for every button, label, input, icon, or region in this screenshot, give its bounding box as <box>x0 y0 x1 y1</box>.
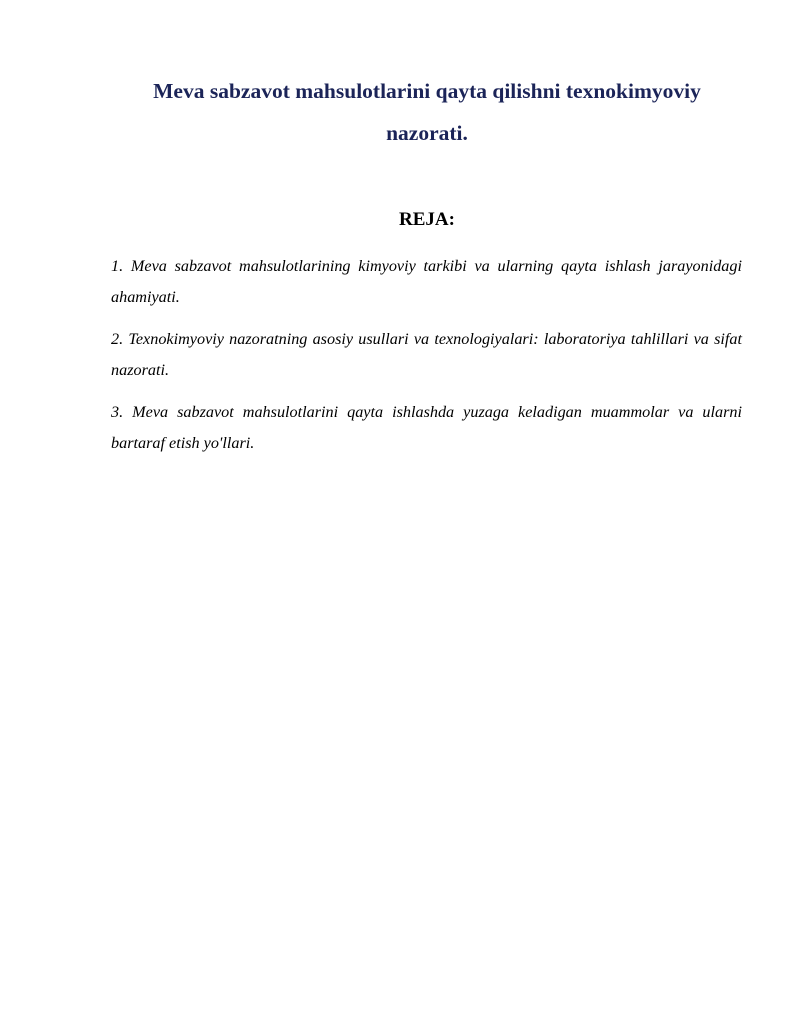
plan-item: 3. Meva sabzavot mahsulotlarini qayta is… <box>111 397 742 459</box>
document-title: Meva sabzavot mahsulotlarini qayta qilis… <box>110 70 744 154</box>
plan-item: 1. Meva sabzavot mahsulotlarining kimyov… <box>111 251 742 313</box>
plan-list: 1. Meva sabzavot mahsulotlarining kimyov… <box>111 251 742 470</box>
plan-heading: REJA: <box>110 206 744 234</box>
document-page: Meva sabzavot mahsulotlarini qayta qilis… <box>0 0 800 1035</box>
plan-item: 2. Texnokimyoviy nazoratning asosiy usul… <box>111 324 742 386</box>
